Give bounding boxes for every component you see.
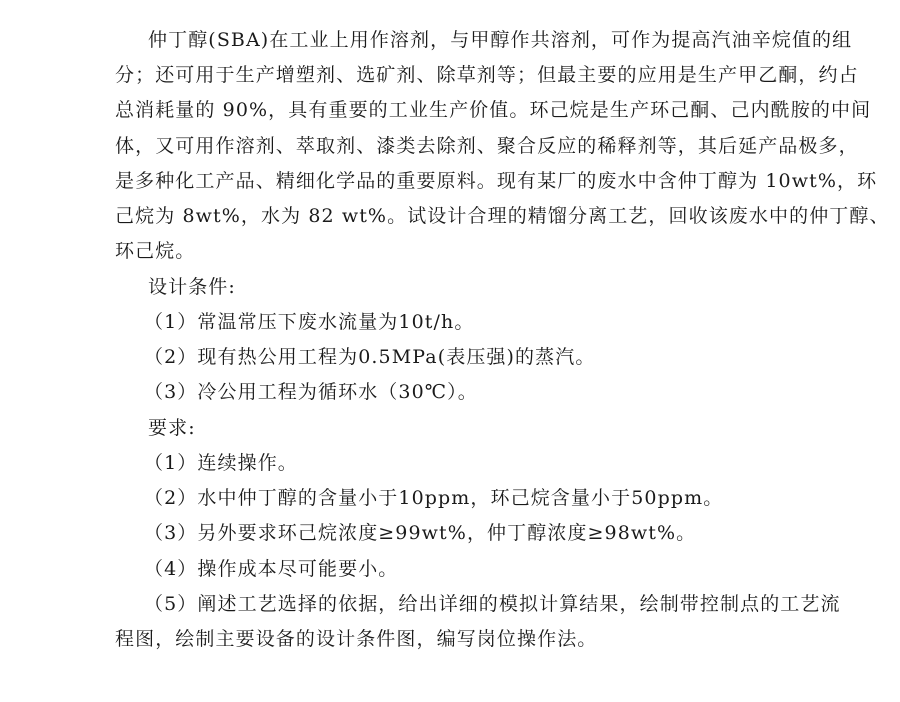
condition-item-1: （1）常温常压下废水流量为10t/h。	[144, 310, 474, 334]
requirement-item-5: （5）阐述工艺选择的依据，给出详细的模拟计算结果，绘制带控制点的工艺流	[144, 592, 841, 616]
requirement-item-5-continued: 程图，绘制主要设备的设计条件图，编写岗位操作法。	[115, 627, 597, 651]
condition-item-2: （2）现有热公用工程为0.5MPa(表压强)的蒸汽。	[144, 345, 595, 369]
requirement-item-4: （4）操作成本尽可能要小。	[144, 557, 398, 581]
requirements-heading: 要求:	[148, 416, 196, 440]
condition-item-3: （3）冷公用工程为循环水（30℃）。	[144, 380, 478, 404]
intro-line-3: 总消耗量的 90%，具有重要的工业生产价值。环己烷是生产环己酮、己内酰胺的中间	[115, 98, 871, 122]
intro-line-7: 环己烷。	[115, 239, 195, 263]
intro-line-6: 己烷为 8wt%，水为 82 wt%。试设计合理的精馏分离工艺，回收该废水中的仲…	[115, 204, 890, 228]
intro-line-4: 体，又可用作溶剂、萃取剂、漆类去除剂、聚合反应的稀释剂等，其后延产品极多，	[115, 134, 859, 158]
design-conditions-heading: 设计条件:	[148, 275, 236, 299]
intro-line-1: 仲丁醇(SBA)在工业上用作溶剂，与甲醇作共溶剂，可作为提高汽油辛烷值的组	[148, 28, 852, 52]
intro-line-5: 是多种化工产品、精细化学品的重要原料。现有某厂的废水中含仲丁醇为 10wt%，环	[115, 169, 877, 193]
requirement-item-1: （1）连续操作。	[144, 451, 298, 475]
requirement-item-3: （3）另外要求环己烷浓度≥99wt%，仲丁醇浓度≥98wt%。	[144, 521, 696, 545]
document-page: 仲丁醇(SBA)在工业上用作溶剂，与甲醇作共溶剂，可作为提高汽油辛烷值的组 分；…	[0, 0, 900, 702]
requirement-item-2: （2）水中仲丁醇的含量小于10ppm，环己烷含量小于50ppm。	[144, 486, 723, 510]
intro-line-2: 分；还可用于生产增塑剂、选矿剂、除草剂等；但最主要的应用是生产甲乙酮，约占	[115, 63, 859, 87]
